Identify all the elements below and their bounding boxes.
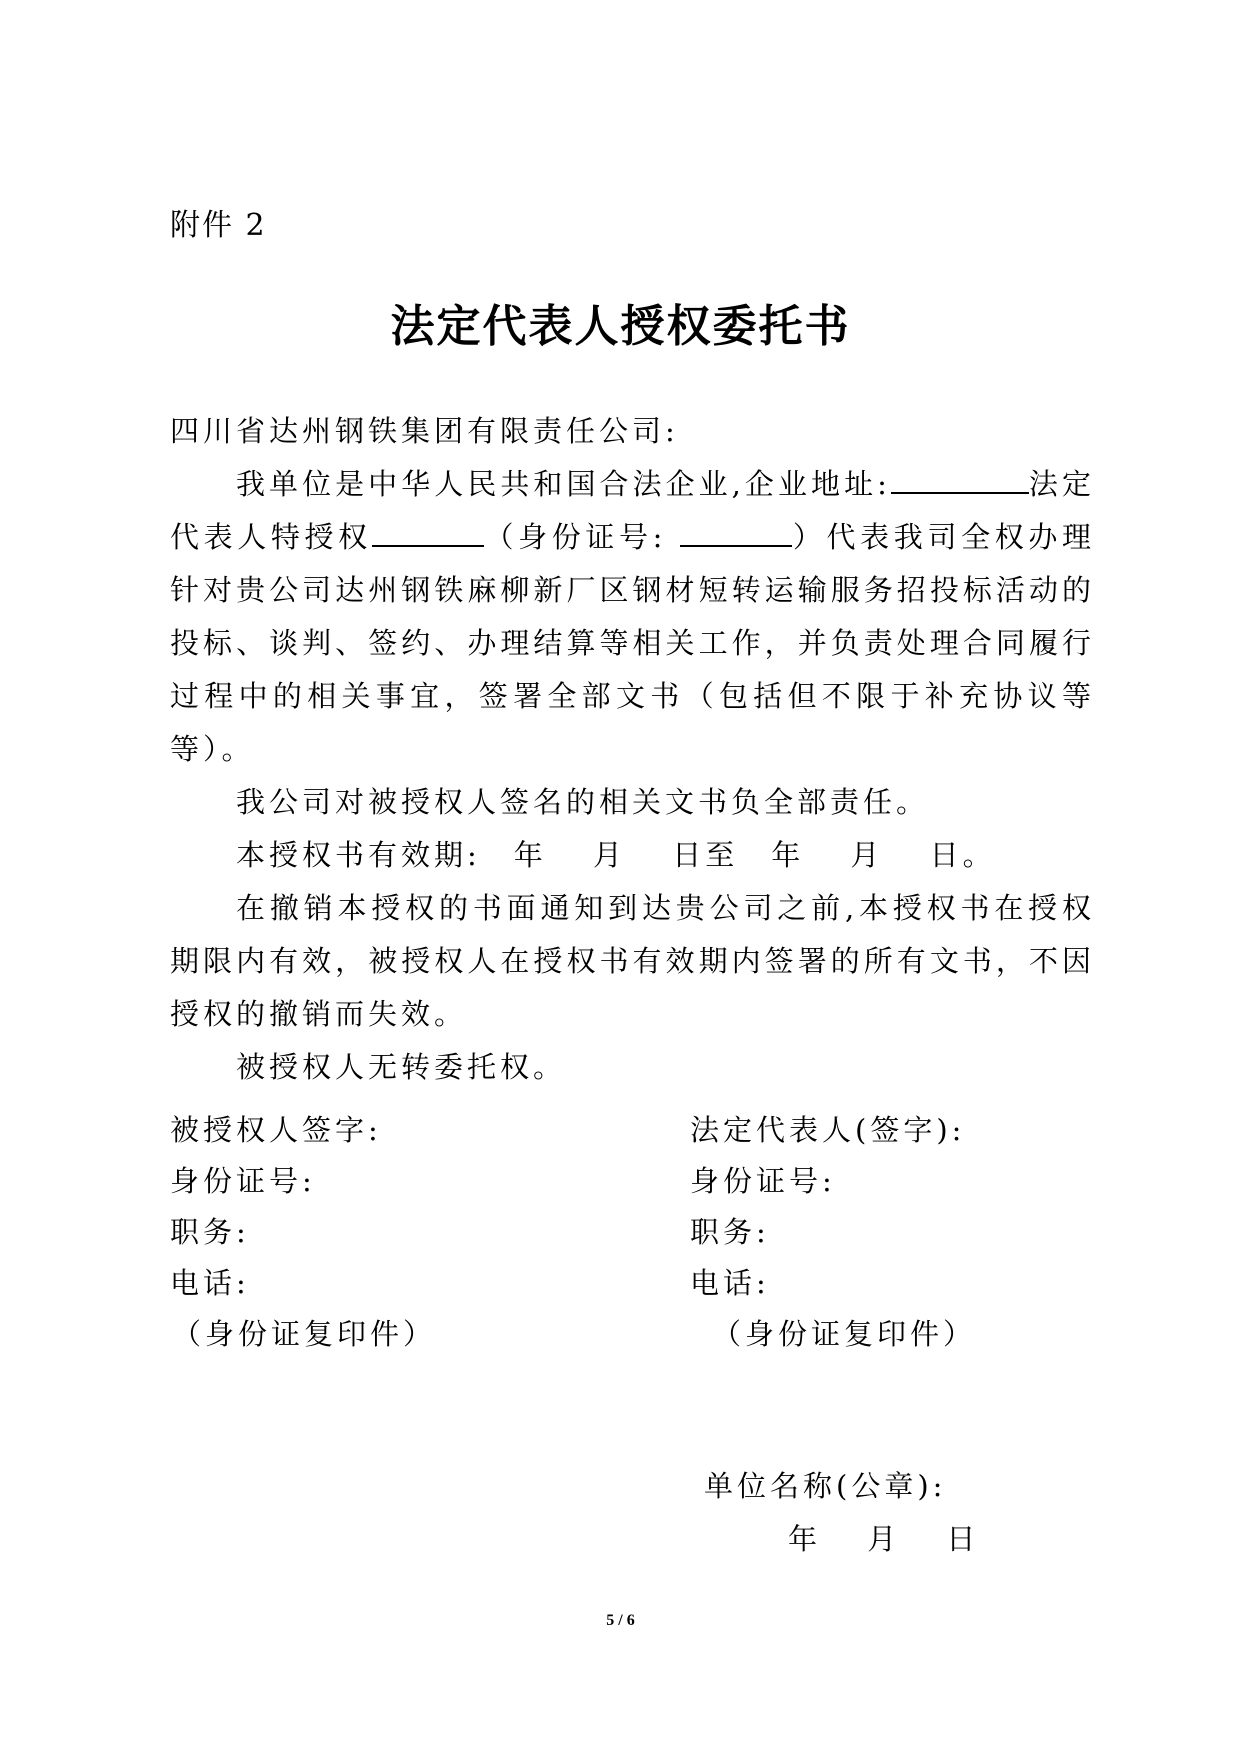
address-blank <box>891 460 1029 494</box>
unit-name-label: 单位名称(公章): <box>704 1460 979 1513</box>
signature-label: 法定代表人(签字): <box>690 1105 976 1156</box>
paragraph-responsibility: 我公司对被授权人签名的相关文书负全部责任。 <box>170 776 1095 829</box>
document-title: 法定代表人授权委托书 <box>0 290 1241 354</box>
attachment-label: 附件 2 <box>170 200 267 244</box>
company-seal-block: 单位名称(公章): 年 月 日 <box>704 1460 979 1566</box>
id-number-blank <box>680 513 792 547</box>
id-number-label: 身份证号: <box>690 1156 976 1207</box>
signature-block-legal-representative: 法定代表人(签字): 身份证号: 职务: 电话: （身份证复印件） <box>690 1105 976 1360</box>
paragraph-text: 我单位是中华人民共和国合法企业,企业地址: <box>236 467 891 501</box>
id-number-label: 身份证号: <box>170 1156 436 1207</box>
id-copy-label: （身份证复印件） <box>170 1309 436 1360</box>
page-indicator: 5 / 6 <box>0 1612 1241 1630</box>
paragraph-authorization: 我单位是中华人民共和国合法企业,企业地址:法定代表人特授权（身份证号: ）代表我… <box>170 458 1095 776</box>
paragraph-validity: 本授权书有效期: 年 月 日至 年 月 日。 <box>170 829 1095 882</box>
phone-label: 电话: <box>170 1258 436 1309</box>
seal-date: 年 月 日 <box>704 1513 979 1566</box>
phone-label: 电话: <box>690 1258 976 1309</box>
paragraph-no-delegation: 被授权人无转委托权。 <box>170 1041 1095 1094</box>
addressee: 四川省达州钢铁集团有限责任公司: <box>170 405 1095 458</box>
document-body: 四川省达州钢铁集团有限责任公司: 我单位是中华人民共和国合法企业,企业地址:法定… <box>170 405 1095 1094</box>
position-label: 职务: <box>690 1207 976 1258</box>
paragraph-text: （身份证号: <box>484 520 667 554</box>
document-page: 附件 2 法定代表人授权委托书 四川省达州钢铁集团有限责任公司: 我单位是中华人… <box>0 0 1241 1755</box>
position-label: 职务: <box>170 1207 436 1258</box>
paragraph-text: ）代表我司全权办理针对贵公司达州钢铁麻柳新厂区钢材短转运输服务招投标活动的投标、… <box>170 520 1095 766</box>
id-copy-label: （身份证复印件） <box>690 1309 976 1360</box>
paragraph-revocation: 在撤销本授权的书面通知到达贵公司之前,本授权书在授权期限内有效，被授权人在授权书… <box>170 882 1095 1041</box>
signature-block-authorized-person: 被授权人签字: 身份证号: 职务: 电话: （身份证复印件） <box>170 1105 436 1360</box>
signature-label: 被授权人签字: <box>170 1105 436 1156</box>
authorized-person-blank <box>372 513 484 547</box>
